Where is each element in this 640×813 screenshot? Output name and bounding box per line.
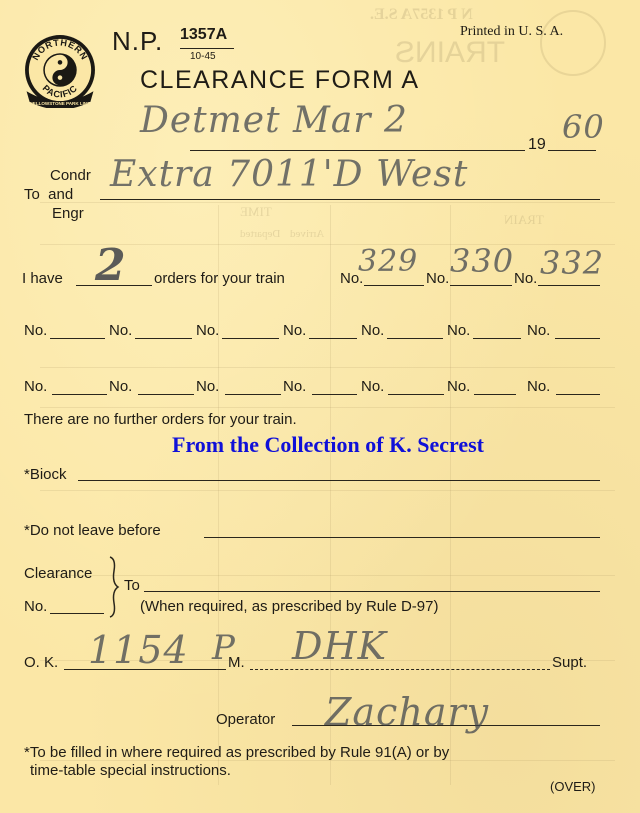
form-number-rule xyxy=(180,48,234,49)
train-no-label-2: No. xyxy=(426,270,449,287)
clearance-label: Clearance xyxy=(24,565,92,582)
date-underline xyxy=(190,150,525,151)
i-have-label: I have xyxy=(22,270,63,287)
train-no-blank[interactable] xyxy=(222,338,279,339)
supt-field[interactable] xyxy=(250,669,550,670)
form-number: 1357A xyxy=(180,26,227,44)
over-label: (OVER) xyxy=(550,779,596,794)
northern-pacific-monad-logo-icon: NORTHERN PACIFIC YELLOWSTONE PARK LINE xyxy=(22,32,98,108)
addressee-handwritten[interactable]: Extra 7011'D West xyxy=(110,154,468,195)
train-no-underline-1 xyxy=(364,285,424,286)
do-not-leave-field[interactable] xyxy=(204,537,600,538)
train-no-handwritten-3[interactable]: 332 xyxy=(540,244,604,282)
train-no-handwritten-1[interactable]: 329 xyxy=(358,244,418,279)
block-label: *Biock xyxy=(24,466,67,483)
train-no-label: No. xyxy=(196,378,219,395)
train-no-blank[interactable] xyxy=(138,394,194,395)
train-no-blank[interactable] xyxy=(388,394,444,395)
bleed-through-line xyxy=(218,205,219,785)
block-field[interactable] xyxy=(78,480,600,481)
station-date-handwritten[interactable]: Detmet Mar 2 xyxy=(140,100,408,141)
train-no-label: No. xyxy=(447,322,470,339)
bleed-through-text: TRAINS xyxy=(395,36,505,70)
clearance-to-field[interactable] xyxy=(144,591,600,592)
train-no-label: No. xyxy=(196,322,219,339)
to-label: To xyxy=(124,577,140,594)
orders-for-train-label: orders for your train xyxy=(154,270,285,287)
train-no-blank[interactable] xyxy=(473,338,521,339)
bleed-through-text: TRAIN xyxy=(504,212,544,228)
train-no-underline-2 xyxy=(450,285,512,286)
train-no-blank[interactable] xyxy=(474,394,516,395)
year-prefix: 19 xyxy=(528,136,546,154)
supt-initials-handwritten[interactable]: DHK xyxy=(292,624,387,668)
year-underline xyxy=(548,150,596,151)
to-and-label: To and xyxy=(24,186,73,203)
train-no-blank[interactable] xyxy=(387,338,443,339)
train-no-blank[interactable] xyxy=(50,338,105,339)
train-no-label: No. xyxy=(109,322,132,339)
form-revision: 10-45 xyxy=(190,51,216,62)
order-count-handwritten[interactable]: 2 xyxy=(95,240,127,291)
train-no-blank[interactable] xyxy=(309,338,357,339)
bleed-through-text: Arrived xyxy=(290,228,324,240)
train-no-label: No. xyxy=(527,378,550,395)
train-no-underline-3 xyxy=(538,285,600,286)
clearance-no-field[interactable] xyxy=(50,613,104,614)
train-no-blank[interactable] xyxy=(225,394,281,395)
engr-label: Engr xyxy=(52,205,84,222)
ok-time-handwritten[interactable]: 1154 xyxy=(88,628,189,672)
year-handwritten[interactable]: 60 xyxy=(562,108,605,146)
train-no-label: No. xyxy=(109,378,132,395)
train-no-label: No. xyxy=(527,322,550,339)
no-further-orders-text: There are no further orders for your tra… xyxy=(24,411,297,428)
train-no-blank[interactable] xyxy=(52,394,107,395)
addressee-underline xyxy=(100,199,600,200)
clearance-form-paper: N P 1357A S.E. TRAINS TIME TRAIN Arrived… xyxy=(0,0,640,813)
condr-label: Condr xyxy=(50,167,91,184)
train-no-blank[interactable] xyxy=(555,338,600,339)
svg-text:YELLOWSTONE PARK LINE: YELLOWSTONE PARK LINE xyxy=(30,101,90,106)
train-no-blank[interactable] xyxy=(135,338,192,339)
train-no-blank[interactable] xyxy=(312,394,357,395)
bleed-through-line xyxy=(40,407,615,408)
m-label: M. xyxy=(228,654,245,671)
bleed-through-text: N P 1357A S.E. xyxy=(370,6,473,24)
train-no-label: No. xyxy=(447,378,470,395)
footnote-line-2: time-table special instructions. xyxy=(30,762,231,779)
rule-d97-note: (When required, as prescribed by Rule D-… xyxy=(140,598,438,615)
form-prefix: N.P. xyxy=(112,26,163,57)
train-no-label: No. xyxy=(24,322,47,339)
collection-watermark: From the Collection of K. Secrest xyxy=(0,432,640,458)
bleed-through-line xyxy=(40,490,615,491)
bleed-through-line xyxy=(40,367,615,368)
bleed-through-line xyxy=(40,575,615,576)
bleed-through-logo xyxy=(540,10,606,76)
bleed-through-text: Departed xyxy=(240,228,280,240)
train-no-label: No. xyxy=(361,378,384,395)
train-no-blank[interactable] xyxy=(556,394,600,395)
train-no-label: No. xyxy=(283,322,306,339)
train-no-label: No. xyxy=(361,322,384,339)
page-title: CLEARANCE FORM A xyxy=(140,66,420,95)
train-no-label: No. xyxy=(283,378,306,395)
footnote-line-1: *To be filled in where required as presc… xyxy=(24,744,449,761)
do-not-leave-label: *Do not leave before xyxy=(24,522,161,539)
clearance-no-label: No. xyxy=(24,598,47,615)
operator-label: Operator xyxy=(216,711,275,728)
supt-label: Supt. xyxy=(552,654,587,671)
operator-signature-handwritten[interactable]: Zachary xyxy=(325,690,489,734)
printed-in-usa: Printed in U. S. A. xyxy=(460,24,563,40)
bleed-through-line xyxy=(40,202,615,203)
bleed-through-text: TIME xyxy=(240,204,272,220)
brace-icon xyxy=(106,555,122,619)
train-no-label-3: No. xyxy=(514,270,537,287)
train-no-handwritten-2[interactable]: 330 xyxy=(450,242,514,280)
train-no-label: No. xyxy=(24,378,47,395)
ok-label: O. K. xyxy=(24,654,58,671)
